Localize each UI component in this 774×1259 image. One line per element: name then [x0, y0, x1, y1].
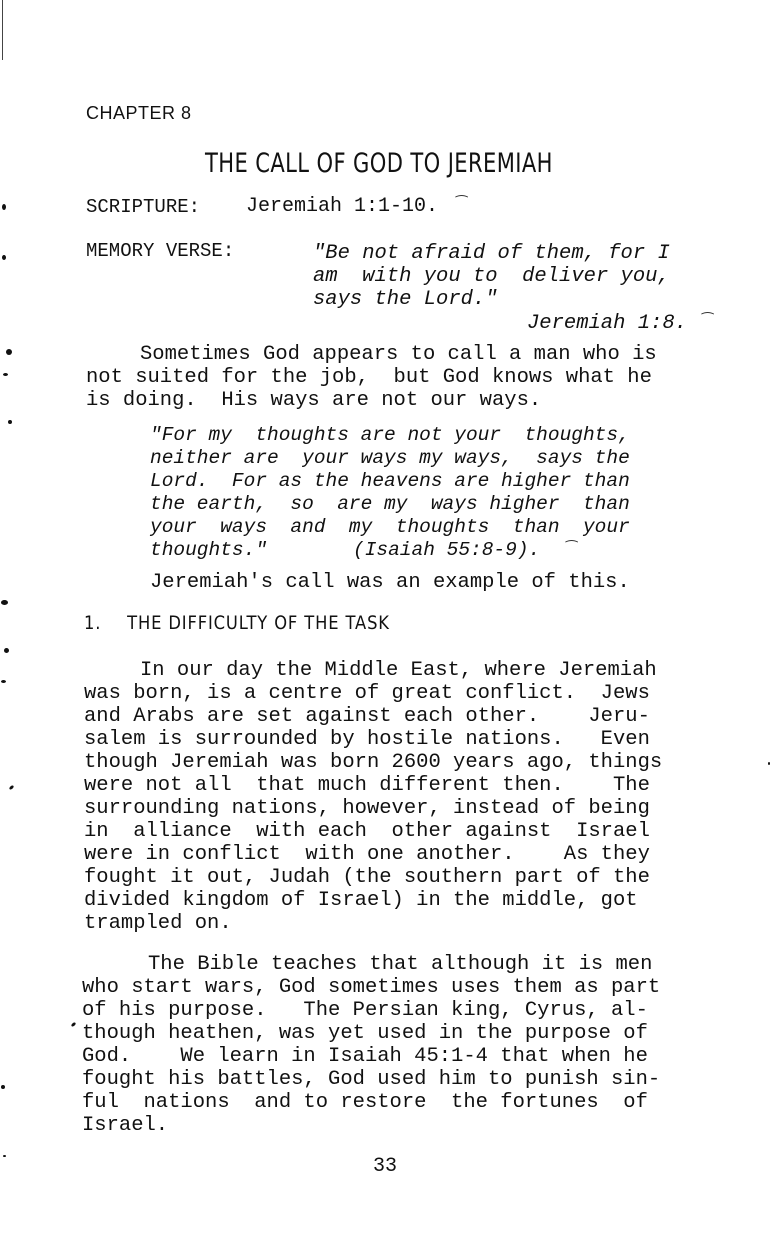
scan-speck-icon: [6, 349, 12, 355]
pencil-check-mark-icon: ⁀: [702, 313, 713, 329]
paragraph-3-line: fought his battles, God used him to puni…: [82, 1068, 660, 1091]
paragraph-2-line: though Jeremiah was born 2600 years ago,…: [84, 751, 662, 774]
example-line: Jeremiah's call was an example of this.: [150, 571, 630, 594]
intro-line: is doing. His ways are not our ways.: [86, 389, 541, 412]
scan-speck-icon: [8, 420, 12, 424]
memory-verse-line: says the Lord.": [313, 288, 498, 311]
book-page: CHAPTER 8 THE CALL OF GOD TO JEREMIAH SC…: [0, 0, 774, 1259]
paragraph-2-line: salem is surrounded by hostile nations. …: [84, 728, 650, 751]
paragraph-2-line: fought it out, Judah (the southern part …: [84, 866, 650, 889]
paragraph-2-line: In our day the Middle East, where Jeremi…: [140, 659, 657, 682]
paragraph-2-line: divided kingdom of Israel) in the middle…: [84, 889, 638, 912]
scan-speck-icon: [3, 373, 8, 376]
memory-verse-label: MEMORY VERSE:: [86, 240, 234, 263]
chapter-label: CHAPTER 8: [86, 103, 192, 124]
isaiah-quote-last-line: thoughts.": [150, 539, 267, 562]
scan-edge-line: [2, 0, 3, 60]
scripture-reference: Jeremiah 1:1-10.: [246, 195, 438, 218]
scan-speck-icon: [4, 648, 9, 653]
paragraph-3-line: The Bible teaches that although it is me…: [148, 953, 652, 976]
paragraph-3-line: God. We learn in Isaiah 45:1-4 that when…: [82, 1045, 648, 1068]
pencil-check-mark-icon: ⁀: [566, 541, 577, 557]
scan-speck-icon: [1, 680, 6, 683]
chapter-title: THE CALL OF GOD TO JEREMIAH: [205, 148, 553, 179]
pencil-check-mark-icon: ⁀: [456, 196, 467, 212]
intro-line: Sometimes God appears to call a man who …: [140, 343, 657, 366]
paragraph-3-line: Israel.: [82, 1114, 168, 1137]
scan-speck-icon: [2, 255, 6, 260]
paragraph-2-line: trampled on.: [84, 912, 232, 935]
paragraph-2-line: in alliance with each other against Isra…: [84, 820, 650, 843]
scan-speck-icon: [71, 1022, 77, 1028]
scan-speck-icon: [1, 1085, 5, 1089]
scan-speck-icon: [3, 1155, 6, 1157]
paragraph-3-line: who start wars, God sometimes uses them …: [82, 976, 660, 999]
section-title: THE DIFFICULTY OF THE TASK: [127, 612, 390, 634]
memory-verse-line: "Be not afraid of them, for I: [313, 242, 670, 265]
paragraph-3-line: though heathen, was yet used in the purp…: [82, 1022, 648, 1045]
section-number: 1.: [84, 612, 101, 634]
scan-speck-icon: [2, 204, 6, 210]
isaiah-quote-line: "For my thoughts are not your thoughts,: [150, 424, 630, 447]
paragraph-2-line: was born, is a centre of great conflict.…: [84, 682, 650, 705]
memory-verse-reference: Jeremiah 1:8.: [527, 312, 687, 335]
paragraph-3-line: ful nations and to restore the fortunes …: [82, 1091, 648, 1114]
section-heading: 1.THE DIFFICULTY OF THE TASK: [84, 612, 390, 634]
memory-verse-line: am with you to deliver you,: [313, 265, 670, 288]
isaiah-quote-line: the earth, so are my ways higher than: [150, 493, 630, 516]
isaiah-quote-line: your ways and my thoughts than your: [150, 516, 630, 539]
scan-speck-icon: [9, 785, 15, 791]
paragraph-2-line: were not all that much different then. T…: [84, 774, 650, 797]
intro-line: not suited for the job, but God knows wh…: [86, 366, 652, 389]
scan-speck-icon: [768, 762, 770, 765]
page-number: 33: [373, 1155, 397, 1178]
isaiah-quote-line: Lord. For as the heavens are higher than: [150, 470, 630, 493]
paragraph-2-line: and Arabs are set against each other. Je…: [84, 705, 650, 728]
paragraph-2-line: surrounding nations, however, instead of…: [84, 797, 650, 820]
isaiah-quote-reference: (Isaiah 55:8-9).: [353, 539, 540, 562]
scripture-label: SCRIPTURE:: [86, 196, 200, 219]
isaiah-quote-line: neither are your ways my ways, says the: [150, 447, 630, 470]
paragraph-3-line: of his purpose. The Persian king, Cyrus,…: [82, 999, 648, 1022]
paragraph-2-line: were in conflict with one another. As th…: [84, 843, 650, 866]
scan-speck-icon: [1, 600, 8, 605]
